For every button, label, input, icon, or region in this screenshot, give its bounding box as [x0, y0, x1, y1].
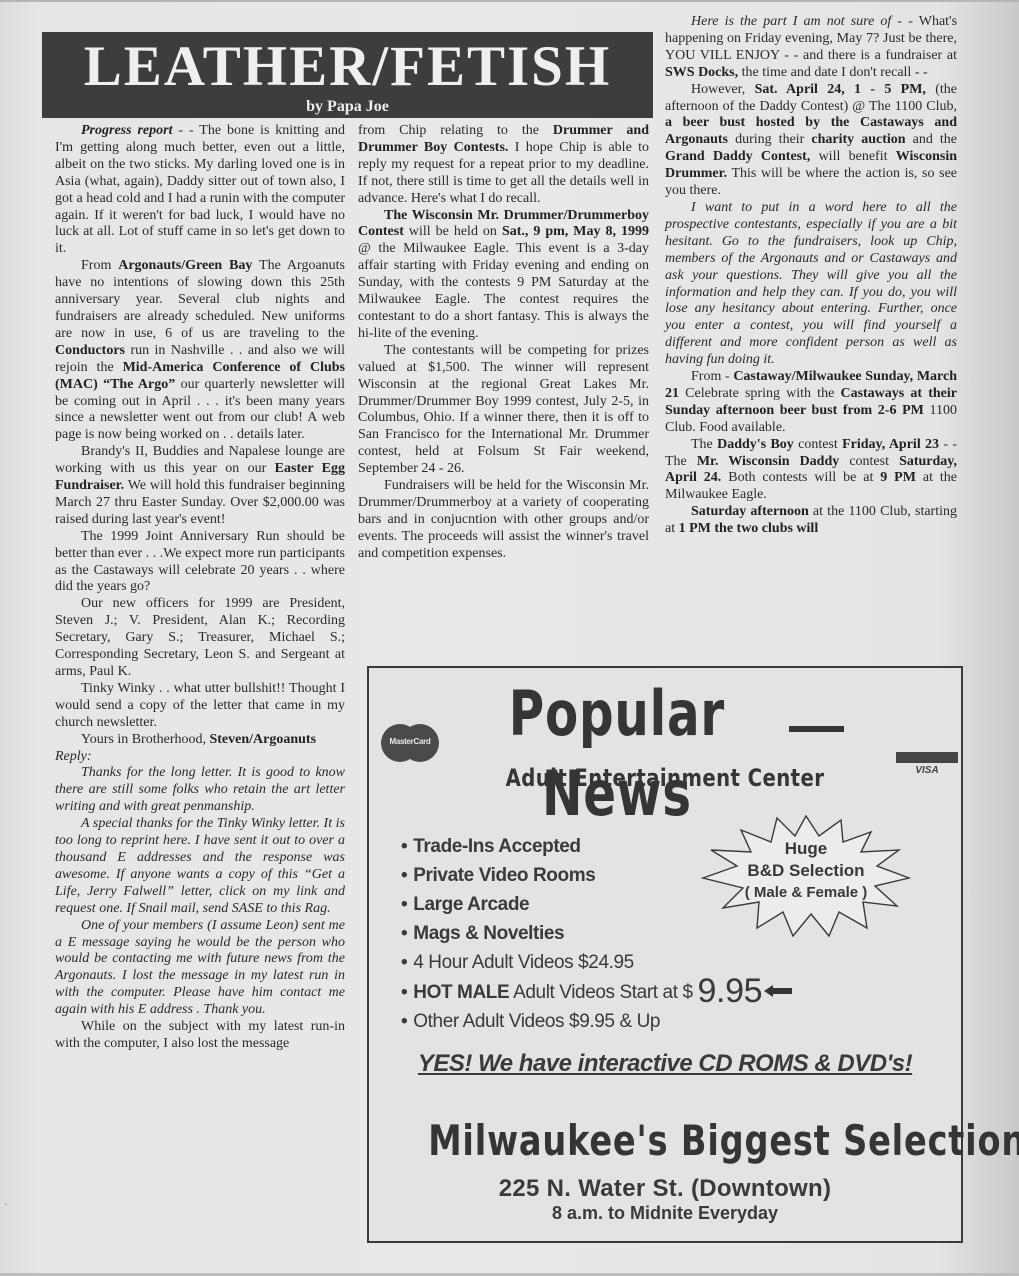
- ad-address: 225 N. Water St. (Downtown): [369, 1175, 961, 1203]
- paragraph: The Daddy's Boy contest Friday, April 23…: [665, 437, 957, 505]
- paragraph: Thanks for the long letter. It is good t…: [55, 765, 345, 816]
- article-column-1: Progress report - - The bone is knitting…: [55, 123, 345, 1053]
- reply-label: Reply:: [55, 749, 345, 766]
- paragraph: A special thanks for the Tinky Winky let…: [55, 816, 345, 917]
- ad-subtitle: Adult Entertainment Center: [422, 764, 907, 792]
- paragraph: The 1999 Joint Anniversary Run should be…: [55, 529, 345, 597]
- column-masthead: LEATHER/FETISH by Papa Joe: [42, 32, 653, 118]
- article-column-2: from Chip relating to the Drummer and Dr…: [358, 123, 649, 563]
- article-column-3: Here is the part I am not sure of - - Wh…: [665, 14, 957, 538]
- paragraph: The contestants will be competing for pr…: [358, 343, 649, 478]
- paragraph: From - Castaway/Milwaukee Sunday, March …: [665, 369, 957, 437]
- ad-feature-item-hot: •HOT MALE Adult Videos Start at $ 9.95: [401, 977, 792, 1007]
- mastercard-logo-icon: MasterCard: [379, 722, 441, 764]
- paragraph: Brandy's II, Buddies and Napalese lounge…: [55, 444, 345, 529]
- paragraph: I want to put in a word here to all the …: [665, 200, 957, 369]
- top-edge-line: [0, 0, 1019, 2]
- paragraph: Saturday afternoon at the 1100 Club, sta…: [665, 504, 957, 538]
- paragraph: Here is the part I am not sure of - - Wh…: [665, 14, 957, 82]
- paragraph: from Chip relating to the Drummer and Dr…: [358, 123, 649, 208]
- burst-line-3: ( Male & Female ): [701, 882, 911, 904]
- paragraph: While on the subject with my latest run-…: [55, 1019, 345, 1053]
- ad-hours: 8 a.m. to Midnite Everyday: [369, 1203, 961, 1224]
- burst-line-1: Huge: [701, 838, 911, 860]
- ad-tagline: Milwaukee's Biggest Selection !: [428, 1116, 902, 1165]
- column-title: LEATHER/FETISH: [42, 36, 653, 98]
- paragraph: Tinky Winky . . what utter bullshit!! Th…: [55, 681, 345, 732]
- arrow-left-icon: [764, 978, 792, 1007]
- ad-brand-name: Popular News: [457, 674, 777, 834]
- margin-mark: ·: [4, 1200, 7, 1211]
- popular-news-advertisement: MasterCard Popular News VISA Adult Enter…: [367, 666, 963, 1243]
- paragraph: However, Sat. April 24, 1 - 5 PM, (the a…: [665, 82, 957, 200]
- paragraph: From Argonauts/Green Bay The Argoanuts h…: [55, 258, 345, 444]
- byline: by Papa Joe: [42, 98, 653, 116]
- paragraph: Fundraisers will be held for the Wiscons…: [358, 478, 649, 563]
- paragraph: Our new officers for 1999 are President,…: [55, 596, 345, 681]
- burst-line-2: B&D Selection: [701, 860, 911, 882]
- paragraph: One of your members (I assume Leon) sent…: [55, 918, 345, 1019]
- ad-cdrom-dvd-line: YES! We have interactive CD ROMS & DVD's…: [369, 1050, 961, 1078]
- ad-brand-dash: [789, 726, 844, 732]
- newspaper-page: LEATHER/FETISH by Papa Joe Progress repo…: [0, 0, 1019, 1276]
- paragraph: Progress report - - The bone is knitting…: [55, 123, 345, 258]
- paragraph: Yours in Brotherhood, Steven/Argoanuts: [55, 732, 345, 749]
- paragraph: The Wisconsin Mr. Drummer/Drummerboy Con…: [358, 208, 649, 343]
- ad-feature-item: •Other Adult Videos $9.95 & Up: [401, 1007, 792, 1036]
- starburst-callout: Huge B&D Selection ( Male & Female ): [701, 814, 911, 938]
